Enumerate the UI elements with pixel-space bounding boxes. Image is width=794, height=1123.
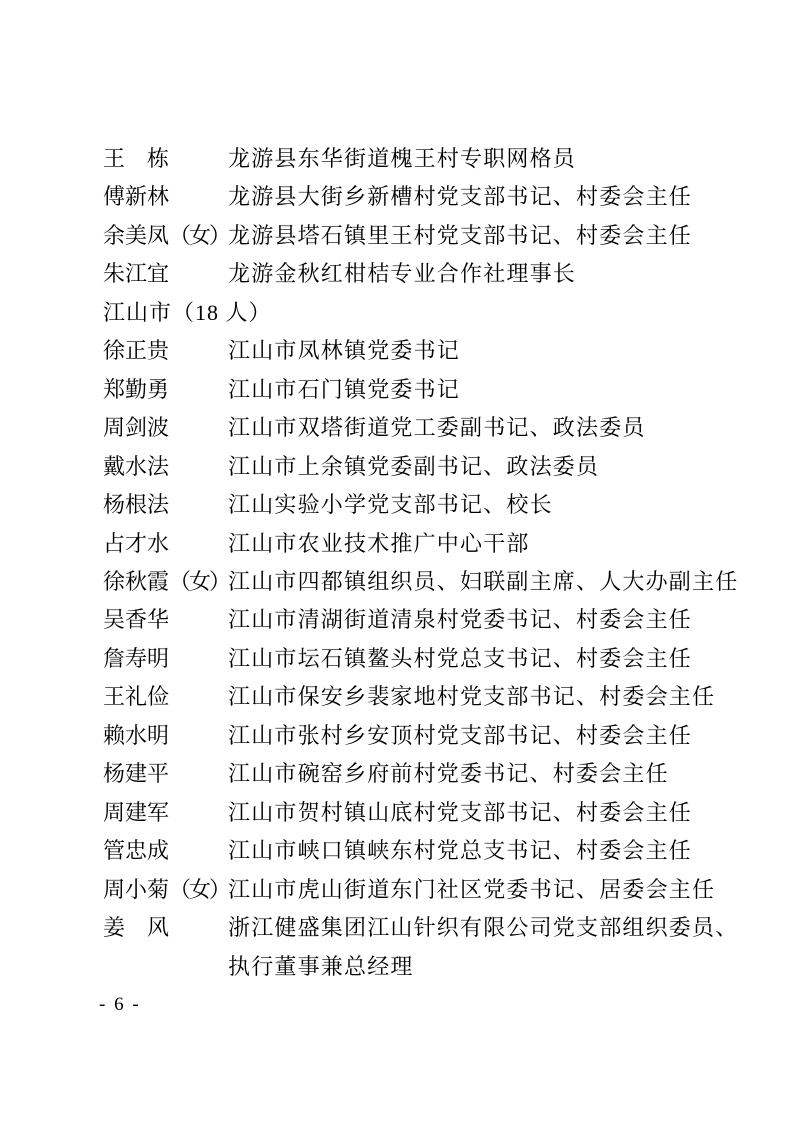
person-title: 龙游县东华街道槐王村专职网格员	[228, 146, 576, 171]
person-title-continued: 执行董事兼总经理	[228, 954, 414, 979]
person-name: 詹寿明	[103, 640, 169, 678]
roster-row: 詹寿明江山市坛石镇鳌头村党总支书记、村委会主任	[103, 640, 744, 678]
person-title: 龙游县大街乡新槽村党支部书记、村委会主任	[228, 184, 692, 209]
person-title: 江山市凤林镇党委书记	[228, 338, 460, 363]
gender-note: （女）	[169, 217, 228, 255]
roster-row: 管忠成江山市峡口镇峡东村党总支书记、村委会主任	[103, 832, 744, 870]
roster-row: 戴水法江山市上余镇党委副书记、政法委员	[103, 448, 744, 486]
continuation-row: 执行董事兼总经理	[103, 948, 744, 986]
roster-row: 徐正贵江山市凤林镇党委书记	[103, 332, 744, 370]
person-title: 江山市清湖街道清泉村党委书记、村委会主任	[228, 607, 692, 632]
roster-row: 徐秋霞（女）江山市四都镇组织员、妇联副主席、人大办副主任	[103, 563, 744, 601]
person-name: 周剑波	[103, 409, 169, 447]
roster-row: 傅新林龙游县大街乡新槽村党支部书记、村委会主任	[103, 178, 744, 216]
person-name: 周建军	[103, 794, 169, 832]
document-page: 王栋龙游县东华街道槐王村专职网格员 傅新林龙游县大街乡新槽村党支部书记、村委会主…	[0, 0, 794, 1123]
roster-row: 赖水明江山市张村乡安顶村党支部书记、村委会主任	[103, 717, 744, 755]
person-name: 朱江宜	[103, 255, 169, 293]
person-name: 戴水法	[103, 448, 169, 486]
person-name: 管忠成	[103, 832, 169, 870]
person-title: 浙江健盛集团江山针织有限公司党支部组织委员、	[228, 915, 738, 940]
person-name: 周小菊	[103, 871, 169, 909]
person-name: 杨根法	[103, 486, 169, 524]
person-title: 江山市贺村镇山底村党支部书记、村委会主任	[228, 800, 692, 825]
roster-row: 姜风浙江健盛集团江山针织有限公司党支部组织委员、	[103, 909, 744, 947]
page-number: - 6 -	[99, 994, 141, 1016]
person-name: 傅新林	[103, 178, 169, 216]
roster-row: 吴香华江山市清湖街道清泉村党委书记、村委会主任	[103, 601, 744, 639]
roster-row: 郑勤勇江山市石门镇党委书记	[103, 371, 744, 409]
roster-row: 周小菊（女）江山市虎山街道东门社区党委书记、居委会主任	[103, 871, 744, 909]
person-title: 江山市坛石镇鳌头村党总支书记、村委会主任	[228, 646, 692, 671]
person-name: 王栋	[103, 140, 169, 178]
roster-row: 杨根法江山实验小学党支部书记、校长	[103, 486, 744, 524]
person-title: 江山市虎山街道东门社区党委书记、居委会主任	[228, 877, 715, 902]
person-title: 江山市峡口镇峡东村党总支书记、村委会主任	[228, 838, 692, 863]
section-header-row: 江山市（18 人）	[103, 294, 744, 332]
person-name: 王礼俭	[103, 678, 169, 716]
roster-list: 王栋龙游县东华街道槐王村专职网格员 傅新林龙游县大街乡新槽村党支部书记、村委会主…	[103, 140, 744, 986]
person-title: 江山市上余镇党委副书记、政法委员	[228, 454, 599, 479]
gender-note: （女）	[169, 871, 228, 909]
person-title: 江山市石门镇党委书记	[228, 377, 460, 402]
person-title: 龙游县塔石镇里王村党支部书记、村委会主任	[228, 223, 692, 248]
person-title: 江山市双塔街道党工委副书记、政法委员	[228, 415, 646, 440]
gender-note: （女）	[169, 563, 228, 601]
person-title: 龙游金秋红柑桔专业合作社理事长	[228, 261, 576, 286]
roster-row: 杨建平江山市碗窑乡府前村党委书记、村委会主任	[103, 755, 744, 793]
person-name: 占才水	[103, 525, 169, 563]
person-name: 徐正贵	[103, 332, 169, 370]
person-name: 赖水明	[103, 717, 169, 755]
person-title: 江山市农业技术推广中心干部	[228, 531, 530, 556]
section-label: 江山市（18 人）	[103, 300, 272, 325]
roster-row: 占才水江山市农业技术推广中心干部	[103, 525, 744, 563]
roster-row: 王礼俭江山市保安乡裴家地村党支部书记、村委会主任	[103, 678, 744, 716]
person-title: 江山市张村乡安顶村党支部书记、村委会主任	[228, 723, 692, 748]
person-name: 余美凤	[103, 217, 169, 255]
roster-row: 周剑波江山市双塔街道党工委副书记、政法委员	[103, 409, 744, 447]
person-title: 江山实验小学党支部书记、校长	[228, 492, 553, 517]
person-title: 江山市四都镇组织员、妇联副主席、人大办副主任	[228, 569, 738, 594]
roster-row: 朱江宜龙游金秋红柑桔专业合作社理事长	[103, 255, 744, 293]
roster-row: 周建军江山市贺村镇山底村党支部书记、村委会主任	[103, 794, 744, 832]
person-name: 杨建平	[103, 755, 169, 793]
person-title: 江山市保安乡裴家地村党支部书记、村委会主任	[228, 684, 715, 709]
roster-row: 王栋龙游县东华街道槐王村专职网格员	[103, 140, 744, 178]
roster-row: 余美凤（女）龙游县塔石镇里王村党支部书记、村委会主任	[103, 217, 744, 255]
person-name: 郑勤勇	[103, 371, 169, 409]
person-name: 姜风	[103, 909, 169, 947]
person-name: 吴香华	[103, 601, 169, 639]
person-title: 江山市碗窑乡府前村党委书记、村委会主任	[228, 761, 669, 786]
person-name: 徐秋霞	[103, 563, 169, 601]
